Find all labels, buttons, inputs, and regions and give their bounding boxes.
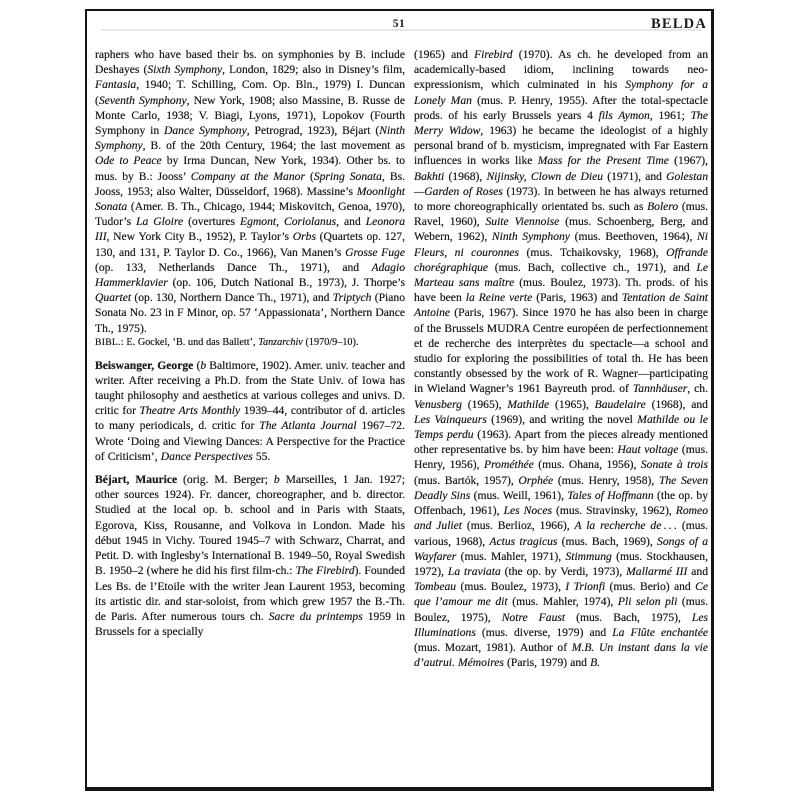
bibliography-line: BIBL.: E. Gockel, ‘B. und das Ballett’, … (95, 336, 405, 350)
right-column: (1965) and Firebird (1970). As ch. he de… (414, 47, 708, 670)
page-header: 51 BELDA (87, 16, 711, 38)
text-columns: raphers who have based their bs. on symp… (87, 38, 711, 670)
page-frame: 51 BELDA raphers who have based their bs… (85, 9, 714, 791)
entry-paragraph: Béjart, Maurice (orig. M. Berger; b Mars… (95, 472, 405, 639)
body-paragraph: raphers who have based their bs. on symp… (95, 47, 405, 336)
body-paragraph: (1965) and Firebird (1970). As ch. he de… (414, 47, 708, 670)
scanned-page: 51 BELDA raphers who have based their bs… (0, 0, 800, 800)
page-number: 51 (87, 18, 711, 30)
running-head: BELDA (651, 16, 707, 33)
left-column: raphers who have based their bs. on symp… (95, 47, 405, 670)
entry-paragraph: Beiswanger, George (b Baltimore, 1902). … (95, 358, 405, 464)
